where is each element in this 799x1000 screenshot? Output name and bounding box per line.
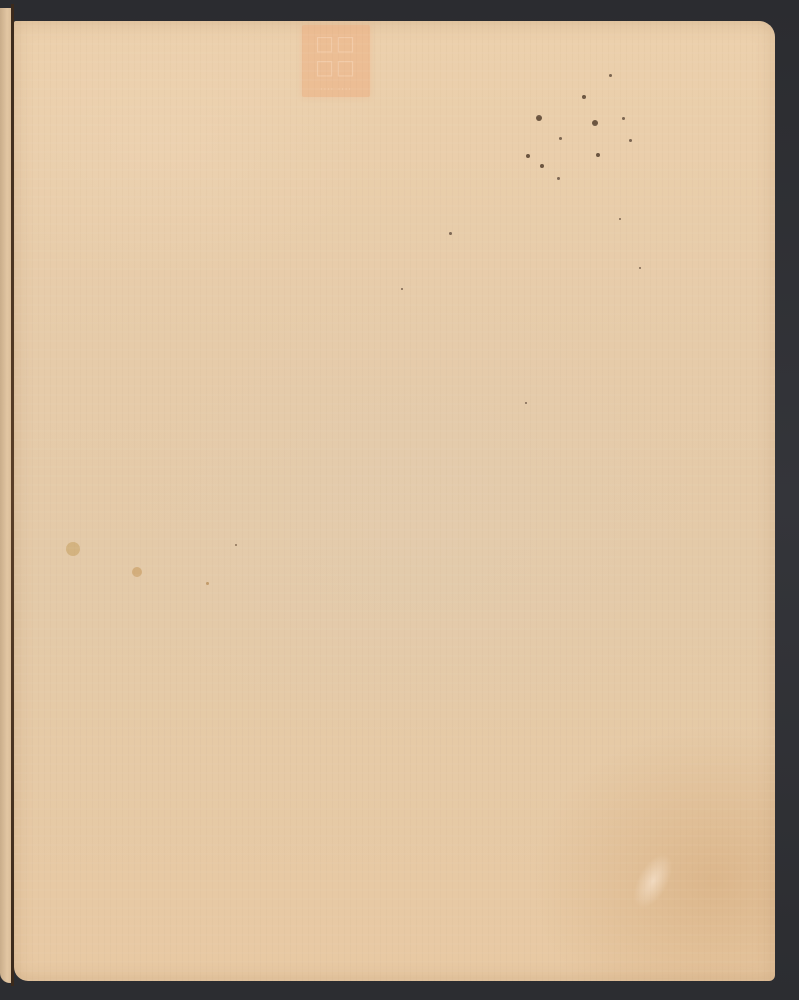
foxing-spot <box>132 567 142 577</box>
foxing-spot <box>596 153 600 157</box>
blank-book-page: □□ □□ ···· ···· <box>14 21 775 981</box>
foxing-spot <box>619 218 621 220</box>
foxing-spot <box>559 137 562 140</box>
foxing-spot <box>66 542 80 556</box>
collector-seal-stamp: □□ □□ ···· ···· <box>302 25 370 97</box>
foxing-spot <box>609 74 612 77</box>
foxing-spot <box>622 117 625 120</box>
foxing-spot <box>235 544 237 546</box>
foxing-spot <box>525 402 527 404</box>
seal-caption: ···· ···· <box>304 85 368 95</box>
foxing-spot <box>449 232 452 235</box>
foxing-spot <box>206 582 209 585</box>
foxing-spot <box>540 164 544 168</box>
foxing-spot <box>557 177 560 180</box>
foxing-spot <box>629 139 632 142</box>
seal-glyphs: □□ □□ <box>308 31 364 79</box>
foxing-spot <box>592 120 598 126</box>
foxing-spot <box>536 115 542 121</box>
foxing-spot <box>639 267 641 269</box>
paper-crease-highlight <box>626 847 681 914</box>
foxing-spot <box>582 95 586 99</box>
foxing-spot <box>526 154 530 158</box>
foxing-spot <box>401 288 403 290</box>
